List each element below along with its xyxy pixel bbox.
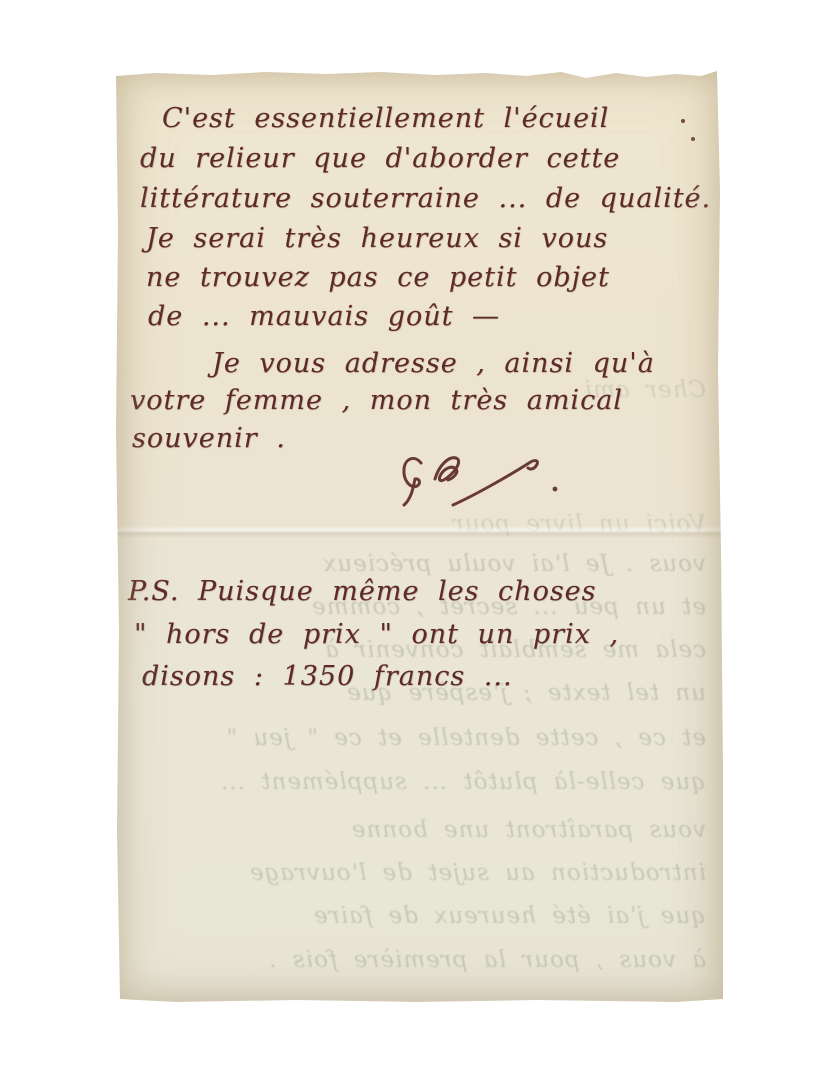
bleedthrough-line: que j'ai été heureux de faire	[128, 903, 706, 929]
handwriting-line: P.S. Puisque même les choses	[128, 576, 597, 607]
signature-flourish	[399, 449, 569, 513]
bleedthrough-line: introduction au sujet de l'ouvrage	[128, 860, 706, 886]
handwriting-line: de ... mauvais goût —	[148, 301, 500, 332]
fold-crease	[116, 526, 723, 538]
bleedthrough-line: et ce , cette dentelle et ce " jeu "	[128, 725, 706, 751]
bleedthrough-line: que celle-là plutôt ... supplément ...	[128, 769, 706, 795]
handwriting-line: souvenir .	[132, 423, 286, 454]
photo-background: Cher ami Voici un livre pour vous . Je l…	[0, 0, 840, 1077]
handwriting-line: " hors de prix " ont un prix ,	[134, 619, 619, 650]
bleedthrough-line: vous paraîtront une bonne	[128, 817, 706, 843]
letter-paper: Cher ami Voici un livre pour vous . Je l…	[116, 71, 723, 1003]
handwriting-line: ne trouvez pas ce petit objet	[146, 262, 610, 293]
handwriting-line: disons : 1350 francs ...	[142, 661, 513, 692]
handwriting-line: votre femme , mon très amical	[130, 385, 623, 416]
bleedthrough-line: vous . Je l'ai voulu précieux	[128, 551, 706, 577]
handwriting-line: du relieur que d'aborder cette	[140, 143, 620, 174]
handwriting-line: Je serai très heureux si vous	[146, 223, 608, 254]
ink-speck	[681, 119, 685, 123]
bleedthrough-line: à vous , pour la première fois .	[128, 947, 706, 973]
ink-speck	[691, 137, 695, 141]
handwriting-line: Je vous adresse , ainsi qu'à	[212, 348, 655, 379]
handwriting-line: C'est essentiellement l'écueil	[162, 103, 609, 134]
handwriting-line: littérature souterraine ... de qualité.	[140, 183, 711, 214]
